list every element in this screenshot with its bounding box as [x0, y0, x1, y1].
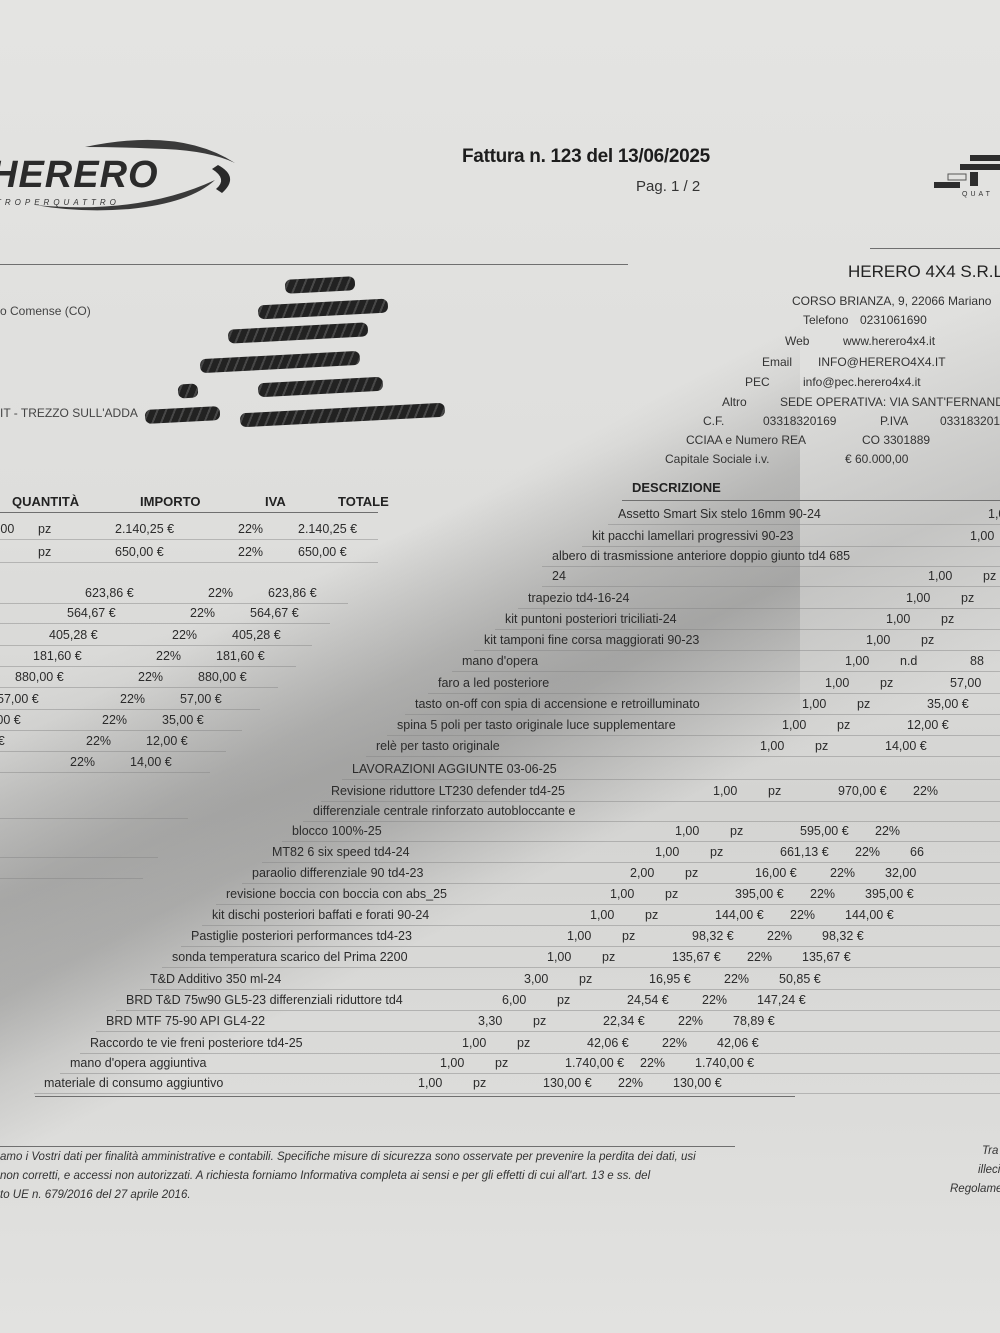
privacy-notice-right1: Tra: [982, 1142, 998, 1161]
unit-cell: pz: [710, 845, 723, 859]
item-description: faro a led posteriore: [438, 676, 549, 690]
price-cell: 16,00 €: [755, 866, 797, 880]
privacy-notice-line2: non corretti, e accessi non autorizzati.…: [0, 1167, 650, 1186]
redaction-mark: [258, 377, 384, 398]
total-cell: 181,60 €: [216, 649, 265, 663]
vat-cell: 22%: [767, 929, 792, 943]
unit-cell: pz: [517, 1036, 530, 1050]
vat-cell: 22%: [238, 545, 263, 559]
quantity-cell: 1,00: [866, 633, 890, 647]
price-cell: 57,00: [950, 676, 981, 690]
col-vat: IVA: [265, 494, 286, 509]
total-cell: 2.140,25 €: [298, 522, 357, 536]
quantity-cell: 1,00: [988, 507, 1000, 521]
row-divider: [387, 735, 1000, 736]
vat-cell: 22%: [208, 586, 233, 600]
col-description: DESCRIZIONE: [632, 480, 721, 495]
row-divider: [474, 650, 1000, 651]
invoice-title: Fattura n. 123 del 13/06/2025: [462, 146, 710, 168]
customer-address-line2: IT - TREZZO SULL'ADDA: [0, 406, 138, 420]
unit-cell: pz: [557, 993, 570, 1007]
redaction-mark: [228, 322, 369, 343]
quantity-cell: 1,00: [906, 591, 930, 605]
total-cell: 42,06 €: [717, 1036, 759, 1050]
row-divider: [0, 730, 242, 731]
svg-text:HERERO: HERERO: [0, 154, 159, 196]
price-cell: 661,13 €: [780, 845, 829, 859]
vat-cell: 22%: [702, 993, 727, 1007]
unit-cell: pz: [473, 1076, 486, 1090]
unit-cell: pz: [880, 676, 893, 690]
quantity-cell: 1,00: [462, 1036, 486, 1050]
amount-cell: 12,00 €: [0, 734, 5, 748]
row-divider: [0, 709, 260, 710]
price-cell: 14,00 €: [885, 739, 927, 753]
redaction-mark: [178, 383, 199, 398]
total-cell: 57,00 €: [180, 692, 222, 706]
section-heading: LAVORAZIONI AGGIUNTE 03-06-25: [352, 762, 557, 776]
other-label: Altro: [722, 395, 747, 409]
table-header-divider: [0, 512, 378, 513]
row-divider: [80, 1053, 1000, 1054]
quantity-cell: 1,00: [590, 908, 614, 922]
redaction-mark: [200, 351, 361, 373]
row-divider: [0, 751, 226, 752]
amount-cell: 405,28 €: [49, 628, 98, 642]
col-amount: IMPORTO: [140, 494, 200, 509]
item-description: materiale di consumo aggiuntivo: [44, 1076, 223, 1090]
unit-cell: pz: [921, 633, 934, 647]
price-cell: 12,00 €: [907, 718, 949, 732]
item-description: Raccordo te vie freni posteriore td4-25: [90, 1036, 303, 1050]
row-divider: [116, 1010, 1000, 1011]
cf-label: C.F.: [703, 414, 724, 428]
item-description: revisione boccia con boccia con abs_25: [226, 887, 447, 901]
quantity-cell: 1,00: [675, 824, 699, 838]
quantity-cell: 1,00: [440, 1056, 464, 1070]
item-description: mano d'opera: [462, 654, 538, 668]
vat-cell: 22%: [790, 908, 815, 922]
quantity-cell: 1,00: [547, 950, 571, 964]
item-description: kit puntoni posteriori triciliati-24: [505, 612, 677, 626]
total-cell: 98,32 €: [822, 929, 864, 943]
row-divider: [495, 629, 1000, 630]
total-cell: 130,00 €: [673, 1076, 722, 1090]
col-quantity: QUANTITÀ: [12, 494, 79, 509]
row-divider: [366, 756, 1000, 757]
privacy-notice-line3: to UE n. 679/2016 del 27 aprile 2016.: [0, 1186, 191, 1205]
row-divider: [140, 989, 1000, 990]
vat-cell: 22%: [190, 606, 215, 620]
quantity-cell: 1,00: [713, 784, 737, 798]
quantity-cell: 1,00: [802, 697, 826, 711]
item-description: blocco 100%-25: [292, 824, 382, 838]
invoice-photo: HERERO TROPERQUATTRO QUAT Fattura n. 123…: [0, 0, 1000, 1333]
phone-label: Telefono: [803, 313, 848, 327]
quantity-cell: 1,00: [782, 718, 806, 732]
unit-cell: pz: [533, 1014, 546, 1028]
price-cell: 135,67 €: [672, 950, 721, 964]
total-cell: 35,00 €: [162, 713, 204, 727]
vat-cell: 22%: [678, 1014, 703, 1028]
unit-cell: pz: [645, 908, 658, 922]
col-total: TOTALE: [338, 494, 389, 509]
price-cell: 130,00 €: [543, 1076, 592, 1090]
row-divider: [181, 946, 1000, 947]
herero-logo-secondary: QUAT: [930, 150, 1000, 200]
item-description: albero di trasmissione anteriore doppio …: [552, 549, 850, 563]
page-number: Pag. 1 / 2: [636, 178, 700, 195]
row-divider: [428, 693, 1000, 694]
rea-value: CO 3301889: [862, 433, 930, 447]
total-cell: 32,00: [885, 866, 916, 880]
quantity-cell: 2,00: [630, 866, 654, 880]
price-cell: 395,00 €: [735, 887, 784, 901]
total-cell: 66: [910, 845, 924, 859]
vat-cell: 22%: [662, 1036, 687, 1050]
price-cell: 22,34 €: [603, 1014, 645, 1028]
amount-cell: 650,00 €: [115, 545, 164, 559]
amount-cell: 2.140,25 €: [115, 522, 174, 536]
row-divider: [342, 779, 1000, 780]
vat-cell: 22%: [724, 972, 749, 986]
vat-cell: 22%: [913, 784, 938, 798]
total-cell: 1.740,00 €: [695, 1056, 754, 1070]
total-cell: 564,67 €: [250, 606, 299, 620]
vat-cell: 22%: [70, 755, 95, 769]
vat-cell: 22%: [156, 649, 181, 663]
row-divider: [60, 1073, 1000, 1074]
total-cell: 623,86 €: [268, 586, 317, 600]
row-divider: [518, 608, 1000, 609]
unit-cell: pz: [768, 784, 781, 798]
capital-value: € 60.000,00: [845, 452, 908, 466]
web-label: Web: [785, 334, 809, 348]
email-label: Email: [762, 355, 792, 369]
quantity-cell: 1,00: [655, 845, 679, 859]
item-description: kit dischi posteriori baffati e forati 9…: [212, 908, 429, 922]
vat-cell: 22%: [102, 713, 127, 727]
row-divider: [96, 1031, 1000, 1032]
row-divider: [608, 524, 1000, 525]
row-divider: [202, 925, 1000, 926]
vat-cell: 22%: [238, 522, 263, 536]
quantity-cell: 1,00: [418, 1076, 442, 1090]
svg-text:TROPERQUATTRO: TROPERQUATTRO: [0, 198, 120, 207]
row-divider: [0, 562, 378, 563]
item-description: T&D Additivo 350 ml-24: [150, 972, 281, 986]
table-bottom-divider: [35, 1096, 795, 1097]
total-cell: 144,00 €: [845, 908, 894, 922]
price-cell: 1.740,00 €: [565, 1056, 624, 1070]
piva-label: P.IVA: [880, 414, 908, 428]
item-description: MT82 6 six speed td4-24: [272, 845, 410, 859]
redaction-mark: [145, 406, 221, 424]
row-divider: [0, 687, 278, 688]
total-cell: 650,00 €: [298, 545, 347, 559]
total-cell: 405,28 €: [232, 628, 281, 642]
unit-cell: pz: [983, 569, 996, 583]
quantity-cell: 1,00: [970, 529, 994, 543]
unit-cell: pz: [622, 929, 635, 943]
total-cell: 395,00 €: [865, 887, 914, 901]
item-description: BRD MTF 75-90 API GL4-22: [106, 1014, 265, 1028]
amount-cell: 181,60 €: [33, 649, 82, 663]
item-description: mano d'opera aggiuntiva: [70, 1056, 207, 1070]
row-divider: [542, 586, 1000, 587]
item-description: Assetto Smart Six stelo 16mm 90-24: [618, 507, 821, 521]
email-link[interactable]: INFO@HERERO4X4.IT: [818, 355, 946, 369]
rea-label: CCIAA e Numero REA: [686, 433, 806, 447]
quantity-cell: 1,00: [610, 887, 634, 901]
privacy-notice-line1: amo i Vostri dati per finalità amministr…: [0, 1148, 696, 1167]
row-divider: [0, 623, 330, 624]
row-divider: [0, 645, 312, 646]
total-cell: 78,89 €: [733, 1014, 775, 1028]
vat-cell: 22%: [138, 670, 163, 684]
row-divider: [542, 566, 1000, 567]
privacy-notice-right2: illeciti,: [978, 1161, 1000, 1180]
quantity-cell: 6,00: [502, 993, 526, 1007]
piva-value: 03318320169: [940, 414, 1000, 428]
quantity-cell: 3,30: [478, 1014, 502, 1028]
item-description: sonda temperatura scarico del Prima 2200: [172, 950, 408, 964]
pec-label: PEC: [745, 375, 770, 389]
quantity-cell: 1,00: [0, 522, 14, 536]
item-description: paraolio differenziale 90 td4-23: [252, 866, 423, 880]
item-description: Revisione riduttore LT230 defender td4-2…: [331, 784, 565, 798]
svg-text:QUAT: QUAT: [962, 191, 993, 198]
unit-cell: pz: [685, 866, 698, 880]
redaction-mark: [258, 299, 389, 320]
item-description: Pastiglie posteriori performances td4-23: [191, 929, 412, 943]
vat-cell: 22%: [640, 1056, 665, 1070]
row-divider: [0, 603, 348, 604]
vat-cell: 22%: [86, 734, 111, 748]
row-divider: [0, 666, 296, 667]
amount-cell: 623,86 €: [85, 586, 134, 600]
customer-address-line1: o Comense (CO): [0, 304, 91, 318]
vat-cell: 22%: [172, 628, 197, 642]
quantity-cell: 3,00: [524, 972, 548, 986]
row-divider: [0, 539, 378, 540]
other-value: SEDE OPERATIVA: VIA SANT'FERNANDO: [780, 395, 1000, 409]
total-cell: 135,67 €: [802, 950, 851, 964]
vat-cell: 22%: [875, 824, 900, 838]
divider: [0, 264, 628, 265]
item-description: tasto on-off con spia di accensione e re…: [415, 697, 700, 711]
vat-cell: 22%: [120, 692, 145, 706]
row-divider: [34, 1093, 1000, 1094]
unit-cell: pz: [961, 591, 974, 605]
row-divider: [0, 857, 158, 858]
price-cell: 144,00 €: [715, 908, 764, 922]
unit-cell: pz: [857, 697, 870, 711]
capital-label: Capitale Sociale i.v.: [665, 452, 770, 466]
cf-value: 03318320169: [763, 414, 836, 428]
price-cell: 970,00 €: [838, 784, 887, 798]
vat-cell: 22%: [830, 866, 855, 880]
pec-link[interactable]: info@pec.herero4x4.it: [803, 375, 921, 389]
row-divider: [0, 818, 188, 819]
quantity-cell: 1,00: [928, 569, 952, 583]
price-cell: 98,32 €: [692, 929, 734, 943]
vat-cell: 22%: [855, 845, 880, 859]
company-name: HERERO 4X4 S.R.L.: [848, 262, 1000, 282]
price-cell: 16,95 €: [649, 972, 691, 986]
item-description: trapezio td4-16-24: [528, 591, 629, 605]
divider: [870, 248, 1000, 249]
row-divider: [405, 714, 1000, 715]
redaction-mark: [240, 403, 445, 428]
price-cell: 24,54 €: [627, 993, 669, 1007]
vat-cell: 22%: [618, 1076, 643, 1090]
item-description: relè per tasto originale: [376, 739, 500, 753]
amount-cell: 57,00 €: [0, 692, 39, 706]
unit-cell: pz: [837, 718, 850, 732]
company-address: CORSO BRIANZA, 9, 22066 Mariano: [792, 294, 991, 308]
item-description: kit tamponi fine corsa maggiorati 90-23: [484, 633, 699, 647]
row-divider: [242, 883, 1000, 884]
row-divider: [262, 862, 1000, 863]
amount-cell: 564,67 €: [67, 606, 116, 620]
quantity-cell: 1,00: [567, 929, 591, 943]
web-link[interactable]: www.herero4x4.it: [843, 334, 935, 348]
redaction-mark: [285, 276, 356, 294]
total-cell: 12,00 €: [146, 734, 188, 748]
quantity-cell: 1,00: [845, 654, 869, 668]
phone-value: 0231061690: [860, 313, 927, 327]
price-cell: 88: [970, 654, 984, 668]
row-divider: [162, 967, 1000, 968]
quantity-cell: 1,00: [760, 739, 784, 753]
row-divider: [0, 772, 210, 773]
unit-cell: pz: [495, 1056, 508, 1070]
quantity-cell: 1,00: [886, 612, 910, 626]
item-description: 24: [552, 569, 566, 583]
row-divider: [582, 546, 1000, 547]
row-divider: [282, 841, 1000, 842]
item-description: kit pacchi lamellari progressivi 90-23: [592, 529, 793, 543]
amount-cell: 880,00 €: [15, 670, 64, 684]
price-cell: 42,06 €: [587, 1036, 629, 1050]
vat-cell: 22%: [810, 887, 835, 901]
total-cell: 14,00 €: [130, 755, 172, 769]
unit-cell: pz: [38, 545, 51, 559]
herero-logo: HERERO TROPERQUATTRO: [0, 135, 250, 215]
unit-cell: pz: [579, 972, 592, 986]
item-description: spina 5 poli per tasto originale luce su…: [397, 718, 676, 732]
privacy-notice-right3: Regolame: [950, 1180, 1000, 1199]
unit-cell: n.d: [900, 654, 917, 668]
footer-divider: [0, 1146, 735, 1147]
total-cell: 880,00 €: [198, 670, 247, 684]
total-cell: 147,24 €: [757, 993, 806, 1007]
vat-cell: 22%: [747, 950, 772, 964]
price-cell: 35,00 €: [927, 697, 969, 711]
price-cell: 595,00 €: [800, 824, 849, 838]
unit-cell: pz: [730, 824, 743, 838]
unit-cell: pz: [602, 950, 615, 964]
item-description: BRD T&D 75w90 GL5-23 differenziali ridut…: [126, 993, 403, 1007]
amount-cell: 35,00 €: [0, 713, 21, 727]
unit-cell: pz: [941, 612, 954, 626]
row-divider: [0, 878, 143, 879]
row-divider: [321, 801, 1000, 802]
unit-cell: pz: [38, 522, 51, 536]
table-header-divider: [622, 500, 1000, 501]
quantity-cell: 1,00: [825, 676, 849, 690]
item-description: differenziale centrale rinforzato autobl…: [313, 804, 575, 818]
row-divider: [452, 671, 1000, 672]
row-divider: [303, 821, 1000, 822]
unit-cell: pz: [815, 739, 828, 753]
total-cell: 50,85 €: [779, 972, 821, 986]
row-divider: [216, 904, 1000, 905]
unit-cell: pz: [665, 887, 678, 901]
